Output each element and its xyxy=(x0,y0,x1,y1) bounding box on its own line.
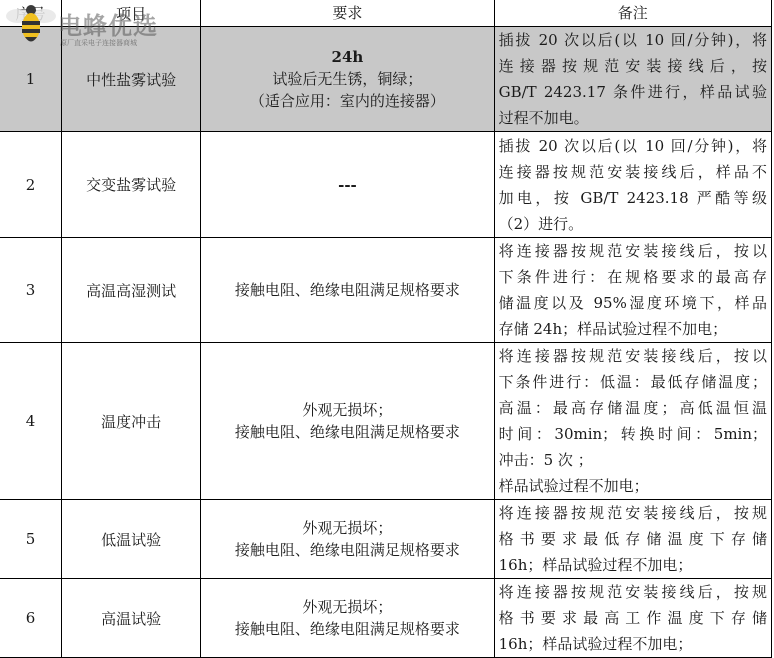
row-no: 4 xyxy=(0,343,62,500)
requirement-line: 接触电阻、绝缘电阻满足规格要求 xyxy=(205,421,489,443)
row-requirement: 接触电阻、绝缘电阻满足规格要求 xyxy=(201,238,494,343)
header-note: 备注 xyxy=(494,0,771,27)
note-line: GB/T 2423.17 条件进行，样品试验 xyxy=(499,79,767,105)
requirement-line: 接触电阻、绝缘电阻满足规格要求 xyxy=(205,539,489,561)
row-no: 3 xyxy=(0,238,62,343)
row-note: 插拔 20 次以后(以 10 回/分钟)，将 连接器按规范安装接线后，按 GB/… xyxy=(494,27,771,132)
note-line: 下条件进行：在规格要求的最高存 xyxy=(499,264,767,290)
row-item: 交变盐雾试验 xyxy=(62,132,201,238)
row-requirement: 外观无损坏； 接触电阻、绝缘电阻满足规格要求 xyxy=(201,343,494,500)
requirement-line: 接触电阻、绝缘电阻满足规格要求 xyxy=(205,279,489,301)
row-item: 高温高湿测试 xyxy=(62,238,201,343)
requirement-line: 外观无损坏； xyxy=(205,596,489,618)
row-item: 高温试验 xyxy=(62,579,201,658)
note-line: （2）进行。 xyxy=(499,211,767,237)
row-requirement: 24h 试验后无生锈，铜绿； （适合应用：室内的连接器） xyxy=(201,27,494,132)
row-note: 将连接器按规范安装接线后，按规 格书要求最高工作温度下存储 16h；样品试验过程… xyxy=(494,579,771,658)
table-row: 5 低温试验 外观无损坏； 接触电阻、绝缘电阻满足规格要求 将连接器按规范安装接… xyxy=(0,500,772,579)
requirement-line: （适合应用：室内的连接器） xyxy=(205,90,489,112)
note-line: 插拔 20 次以后(以 10 回/分钟)，将 xyxy=(499,133,767,159)
header-requirement: 要求 xyxy=(201,0,494,27)
test-spec-table: 序号 项目 要求 备注 1 中性盐雾试验 24h 试验后无生锈，铜绿； （适合应… xyxy=(0,0,772,658)
row-no: 6 xyxy=(0,579,62,658)
note-line: 加电，按 GB/T 2423.18 严酷等级 xyxy=(499,185,767,211)
requirement-line: 试验后无生锈，铜绿； xyxy=(205,68,489,90)
row-requirement: --- xyxy=(201,132,494,238)
requirement-line: 24h xyxy=(205,46,489,68)
note-line: 格书要求最高工作温度下存储 xyxy=(499,605,767,631)
note-line: 将连接器按规范安装接线后，按规 xyxy=(499,500,767,526)
row-item: 温度冲击 xyxy=(62,343,201,500)
row-item: 低温试验 xyxy=(62,500,201,579)
note-line: 连接器按规范安装接线后，按 xyxy=(499,53,767,79)
table-header-row: 序号 项目 要求 备注 xyxy=(0,0,772,27)
row-requirement: 外观无损坏； 接触电阻、绝缘电阻满足规格要求 xyxy=(201,500,494,579)
note-line: 格书要求最低存储温度下存储 xyxy=(499,526,767,552)
row-note: 插拔 20 次以后(以 10 回/分钟)，将 连接器按规范安装接线后，样品不 加… xyxy=(494,132,771,238)
note-line: 存储 24h；样品试验过程不加电； xyxy=(499,316,767,342)
requirement-line: 外观无损坏； xyxy=(205,399,489,421)
note-line: 高温：最高存储温度；高低温恒温 xyxy=(499,395,767,421)
note-line: 时间：30min；转换时间：5min； xyxy=(499,421,767,447)
requirement-line: --- xyxy=(205,174,489,196)
requirement-line: 接触电阻、绝缘电阻满足规格要求 xyxy=(205,618,489,640)
header-no: 序号 xyxy=(0,0,62,27)
table-row: 4 温度冲击 外观无损坏； 接触电阻、绝缘电阻满足规格要求 将连接器按规范安装接… xyxy=(0,343,772,500)
note-line: 样品试验过程不加电； xyxy=(499,473,767,499)
table-row: 2 交变盐雾试验 --- 插拔 20 次以后(以 10 回/分钟)，将 连接器按… xyxy=(0,132,772,238)
note-line: 将连接器按规范安装接线后，按以 xyxy=(499,238,767,264)
note-line: 冲击：5 次 ； xyxy=(499,447,767,473)
note-line: 连接器按规范安装接线后，样品不 xyxy=(499,159,767,185)
row-note: 将连接器按规范安装接线后，按以 下条件进行：在规格要求的最高存 储温度以及 95… xyxy=(494,238,771,343)
note-line: 16h；样品试验过程不加电； xyxy=(499,552,767,578)
note-line: 插拔 20 次以后(以 10 回/分钟)，将 xyxy=(499,27,767,53)
header-item: 项目 xyxy=(62,0,201,27)
table-row: 6 高温试验 外观无损坏； 接触电阻、绝缘电阻满足规格要求 将连接器按规范安装接… xyxy=(0,579,772,658)
row-item: 中性盐雾试验 xyxy=(62,27,201,132)
requirement-line: 外观无损坏； xyxy=(205,517,489,539)
note-line: 将连接器按规范安装接线后，按以 xyxy=(499,343,767,369)
note-line: 16h；样品试验过程不加电； xyxy=(499,631,767,657)
row-note: 将连接器按规范安装接线后，按规 格书要求最低存储温度下存储 16h；样品试验过程… xyxy=(494,500,771,579)
row-no: 2 xyxy=(0,132,62,238)
row-no: 1 xyxy=(0,27,62,132)
table-row: 1 中性盐雾试验 24h 试验后无生锈，铜绿； （适合应用：室内的连接器） 插拔… xyxy=(0,27,772,132)
row-requirement: 外观无损坏； 接触电阻、绝缘电阻满足规格要求 xyxy=(201,579,494,658)
note-line: 储温度以及 95%湿度环境下，样品 xyxy=(499,290,767,316)
note-line: 过程不加电。 xyxy=(499,105,767,131)
table-row: 3 高温高湿测试 接触电阻、绝缘电阻满足规格要求 将连接器按规范安装接线后，按以… xyxy=(0,238,772,343)
row-note: 将连接器按规范安装接线后，按以 下条件进行：低温：最低存储温度； 高温：最高存储… xyxy=(494,343,771,500)
note-line: 将连接器按规范安装接线后，按规 xyxy=(499,579,767,605)
row-no: 5 xyxy=(0,500,62,579)
note-line: 下条件进行：低温：最低存储温度； xyxy=(499,369,767,395)
